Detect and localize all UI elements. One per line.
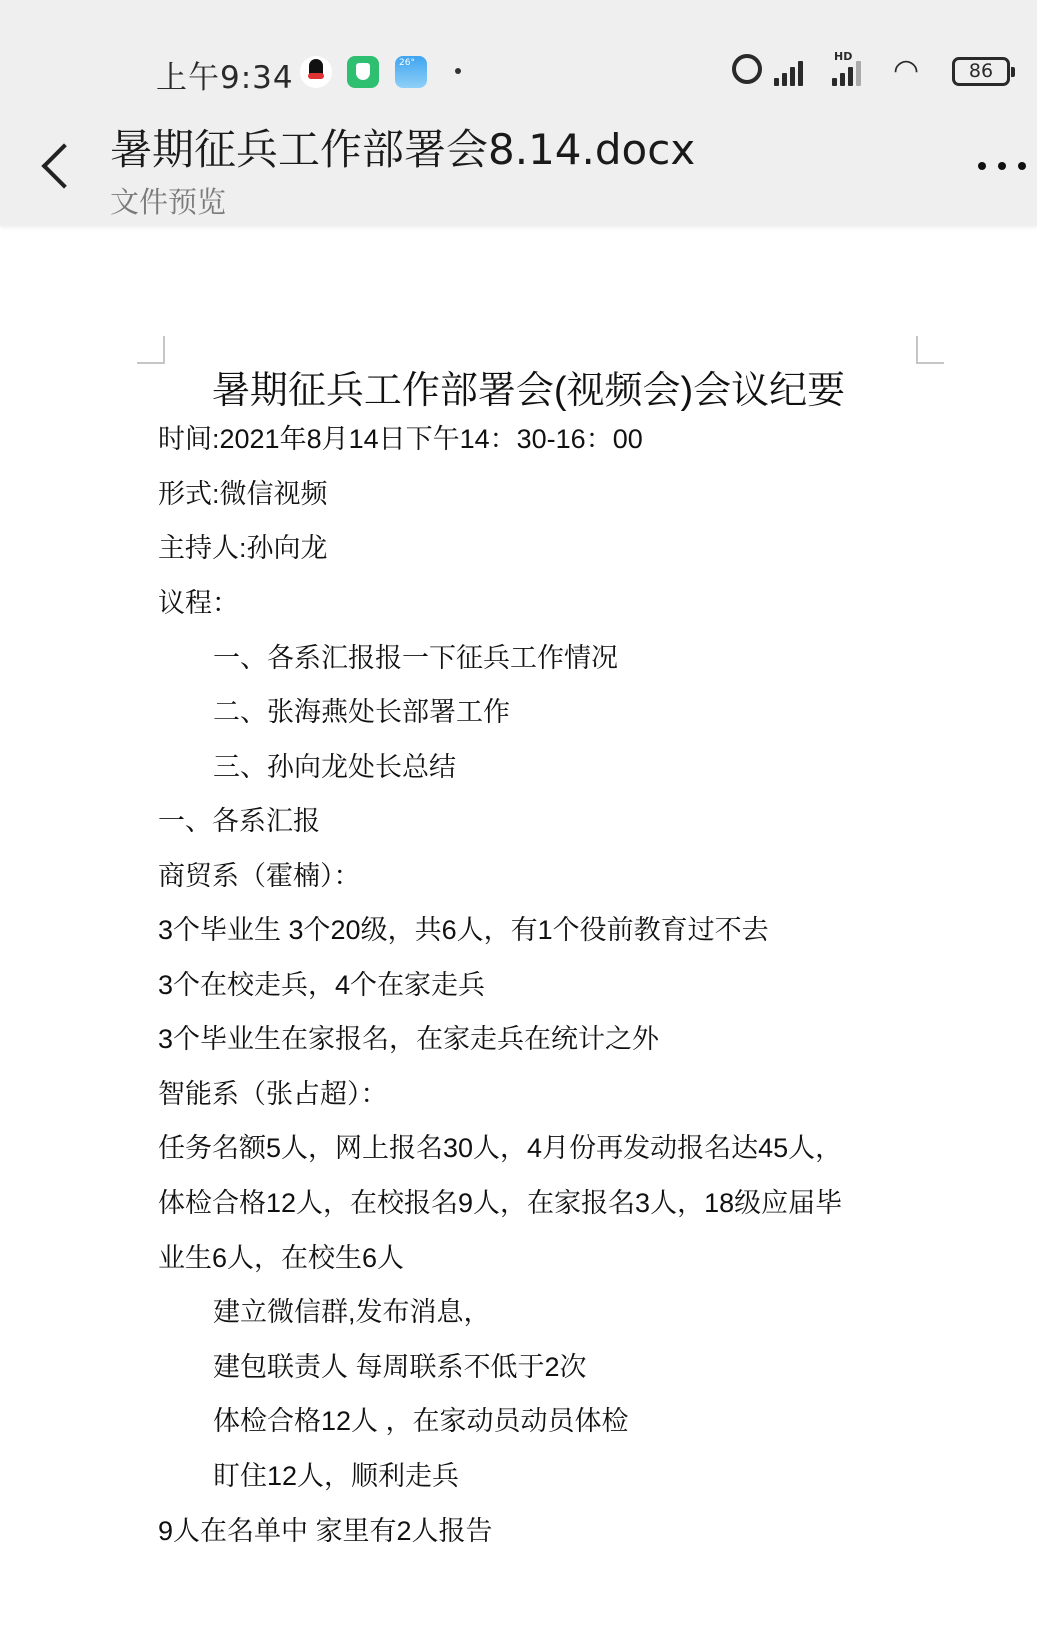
doc-line: 议程： (158, 581, 239, 620)
battery-icon: 86 (952, 57, 1010, 86)
qq-icon (300, 56, 332, 88)
more-dot (1018, 162, 1026, 170)
document-page[interactable]: 暑期征兵工作部署会(视频会)会议纪要 时间:2021年8月14日下午14：30-… (0, 226, 1037, 1625)
file-preview-subtitle: 文件预览 (110, 180, 226, 221)
doc-line: 3个毕业生 3个20级，共6人，有1个役前教育过不去 (158, 908, 769, 947)
doc-line: 3个在校走兵，4个在家走兵 (158, 963, 485, 1002)
doc-line: 二、张海燕处长部署工作 (213, 690, 510, 729)
weather-icon: 26° (395, 56, 427, 88)
doc-line: 形式:微信视频 (158, 472, 328, 511)
doc-line: 9人在名单中 家里有2人报告 (158, 1509, 493, 1548)
doc-line: 一、各系汇报 (158, 799, 320, 838)
doc-line: 商贸系（霍楠）： (158, 854, 361, 893)
status-time: 上午9:34 (156, 52, 294, 97)
doc-line: 体检合格12人 ，在家动员动员体检 (213, 1399, 629, 1438)
doc-line: 建立微信群,发布消息， (213, 1290, 491, 1329)
alarm-icon (732, 54, 762, 84)
file-title: 暑期征兵工作部署会8.14.docx (110, 117, 695, 177)
more-notifications-dot-icon (455, 68, 461, 74)
doc-line: 主持人:孙向龙 (158, 526, 328, 565)
doc-line: 建包联责人 每周联系不低于2次 (213, 1345, 587, 1384)
more-horizontal-icon (978, 162, 986, 170)
doc-line: 任务名额5人，网上报名30人，4月份再发动报名达45人， (158, 1126, 842, 1165)
wifi-icon: ◠ (893, 56, 919, 86)
doc-line: 智能系（张占超）： (158, 1072, 388, 1111)
doc-line: 业生6人，在校生6人 (158, 1236, 404, 1275)
security-shield-icon (347, 56, 379, 88)
document-title: 暑期征兵工作部署会(视频会)会议纪要 (0, 359, 1037, 414)
top-app-bar: 上午9:34 26° HD ◠ 86 暑期征兵工作部署会8.14.docx 文件… (0, 0, 1037, 226)
cellular-signal-icon (774, 58, 803, 86)
cellular-signal-hd-icon (832, 58, 861, 86)
doc-line: 体检合格12人，在校报名9人，在家报名3人，18级应届毕 (158, 1181, 842, 1220)
doc-line: 三、孙向龙处长总结 (213, 745, 456, 784)
doc-line: 3个毕业生在家报名，在家走兵在统计之外 (158, 1017, 659, 1056)
more-dot (998, 162, 1006, 170)
doc-line: 一、各系汇报报一下征兵工作情况 (213, 636, 618, 675)
doc-line: 盯住12人，顺利走兵 (213, 1454, 459, 1493)
more-options-button[interactable] (978, 150, 1034, 180)
doc-line: 时间:2021年8月14日下午14：30-16：00 (158, 417, 643, 456)
status-bar: 上午9:34 26° HD ◠ 86 (0, 48, 1037, 96)
back-button[interactable] (38, 140, 78, 194)
